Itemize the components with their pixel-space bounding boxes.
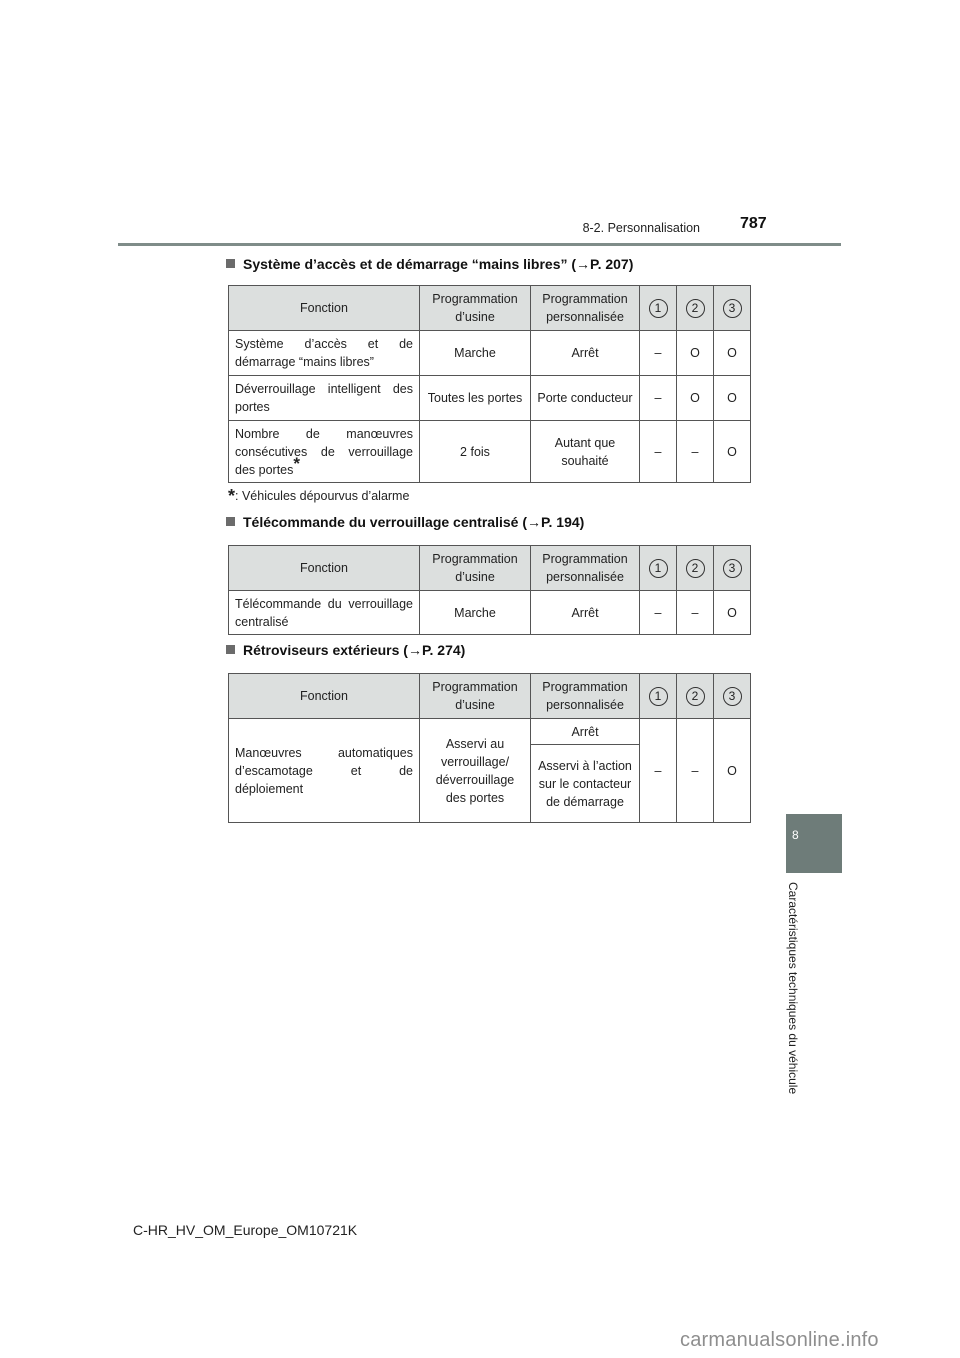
square-bullet-icon (226, 517, 235, 526)
page-number: 787 (740, 215, 767, 233)
col-2: 2 (677, 546, 714, 591)
cell-perso-option-2: Asservi à l’action sur le contacteur de … (531, 745, 640, 823)
col-fonction: Fonction (229, 674, 420, 719)
cell-fonction: Télécommande du verrouillage centralisé (229, 591, 420, 635)
cell-perso: Autant que souhaité (531, 421, 640, 483)
cell-c3: O (714, 331, 751, 376)
cell-c3: O (714, 376, 751, 421)
cell-c2: – (677, 591, 714, 635)
col-perso: Programmation personnalisée (531, 286, 640, 331)
table-row: Manœuvres automatiques d’escamotage et d… (229, 719, 751, 745)
section-title-telecommande: Télécommande du verrouillage centralisé … (226, 514, 584, 530)
circled-2-icon: 2 (686, 299, 705, 318)
footnote-marker: * (293, 453, 300, 472)
table-header-row: Fonction Programmation d’usine Programma… (229, 286, 751, 331)
chapter-number: 8 (792, 828, 799, 842)
footnote-marker: * (228, 486, 235, 506)
cell-usine: Marche (420, 591, 531, 635)
section-title-mains-libres: Système d’accès et de démarrage “mains l… (226, 256, 633, 272)
circled-3-icon: 3 (723, 559, 742, 578)
col-1: 1 (640, 674, 677, 719)
table-header-row: Fonction Programmation d’usine Programma… (229, 546, 751, 591)
cell-perso-option-1: Arrêt (531, 719, 640, 745)
col-3: 3 (714, 546, 751, 591)
circled-2-icon: 2 (686, 687, 705, 706)
cell-fonction: Système d’accès et de démarrage “mains l… (229, 331, 420, 376)
table-mains-libres: Fonction Programmation d’usine Programma… (228, 285, 751, 483)
circled-1-icon: 1 (649, 687, 668, 706)
section-title-retroviseurs: Rétroviseurs extérieurs (→P. 274) (226, 642, 465, 658)
cell-usine: 2 fois (420, 421, 531, 483)
cell-usine: Toutes les portes (420, 376, 531, 421)
col-usine: Programmation d’usine (420, 286, 531, 331)
cell-c1: – (640, 421, 677, 483)
col-perso: Programmation personnalisée (531, 546, 640, 591)
cell-usine: Asservi au verrouillage/ déverrouillage … (420, 719, 531, 823)
col-fonction: Fonction (229, 286, 420, 331)
table-row: Télécommande du verrouillage centralisé … (229, 591, 751, 635)
cell-c2: – (677, 421, 714, 483)
col-perso: Programmation personnalisée (531, 674, 640, 719)
cell-c3: O (714, 719, 751, 823)
chapter-tab (786, 814, 842, 873)
col-1: 1 (640, 546, 677, 591)
col-2: 2 (677, 286, 714, 331)
cell-c1: – (640, 719, 677, 823)
table-header-row: Fonction Programmation d’usine Programma… (229, 674, 751, 719)
circled-1-icon: 1 (649, 559, 668, 578)
cell-fonction: Nombre de manœuvres consécutives de verr… (229, 421, 420, 483)
col-3: 3 (714, 286, 751, 331)
cell-c1: – (640, 591, 677, 635)
table-telecommande: Fonction Programmation d’usine Programma… (228, 545, 751, 635)
circled-2-icon: 2 (686, 559, 705, 578)
table-row: Système d’accès et de démarrage “mains l… (229, 331, 751, 376)
col-usine: Programmation d’usine (420, 674, 531, 719)
table-row: Déverrouillage intelligent des portes To… (229, 376, 751, 421)
table-retroviseurs: Fonction Programmation d’usine Programma… (228, 673, 751, 823)
square-bullet-icon (226, 645, 235, 654)
cell-perso: Arrêt (531, 591, 640, 635)
col-usine: Programmation d’usine (420, 546, 531, 591)
footnote: *: Véhicules dépourvus d’alarme (228, 486, 409, 507)
cell-perso: Arrêt (531, 331, 640, 376)
circled-3-icon: 3 (723, 299, 742, 318)
cell-perso: Porte conducteur (531, 376, 640, 421)
col-2: 2 (677, 674, 714, 719)
header-divider (118, 243, 841, 246)
cell-fonction: Déverrouillage intelligent des portes (229, 376, 420, 421)
square-bullet-icon (226, 259, 235, 268)
cell-c3: O (714, 421, 751, 483)
cell-c2: – (677, 719, 714, 823)
cell-c2: O (677, 376, 714, 421)
col-3: 3 (714, 674, 751, 719)
col-1: 1 (640, 286, 677, 331)
chapter-label: Caractéristiques techniques du véhicule (786, 882, 806, 1112)
cell-fonction: Manœuvres automatiques d’escamotage et d… (229, 719, 420, 823)
circled-1-icon: 1 (649, 299, 668, 318)
running-header-section: 8-2. Personnalisation (520, 221, 700, 235)
cell-c2: O (677, 331, 714, 376)
watermark: carmanualsonline.info (680, 1329, 879, 1352)
cell-c1: – (640, 376, 677, 421)
cell-c3: O (714, 591, 751, 635)
cell-usine: Marche (420, 331, 531, 376)
col-fonction: Fonction (229, 546, 420, 591)
cell-c1: – (640, 331, 677, 376)
circled-3-icon: 3 (723, 687, 742, 706)
table-row: Nombre de manœuvres consécutives de verr… (229, 421, 751, 483)
document-code: C-HR_HV_OM_Europe_OM10721K (133, 1222, 357, 1238)
